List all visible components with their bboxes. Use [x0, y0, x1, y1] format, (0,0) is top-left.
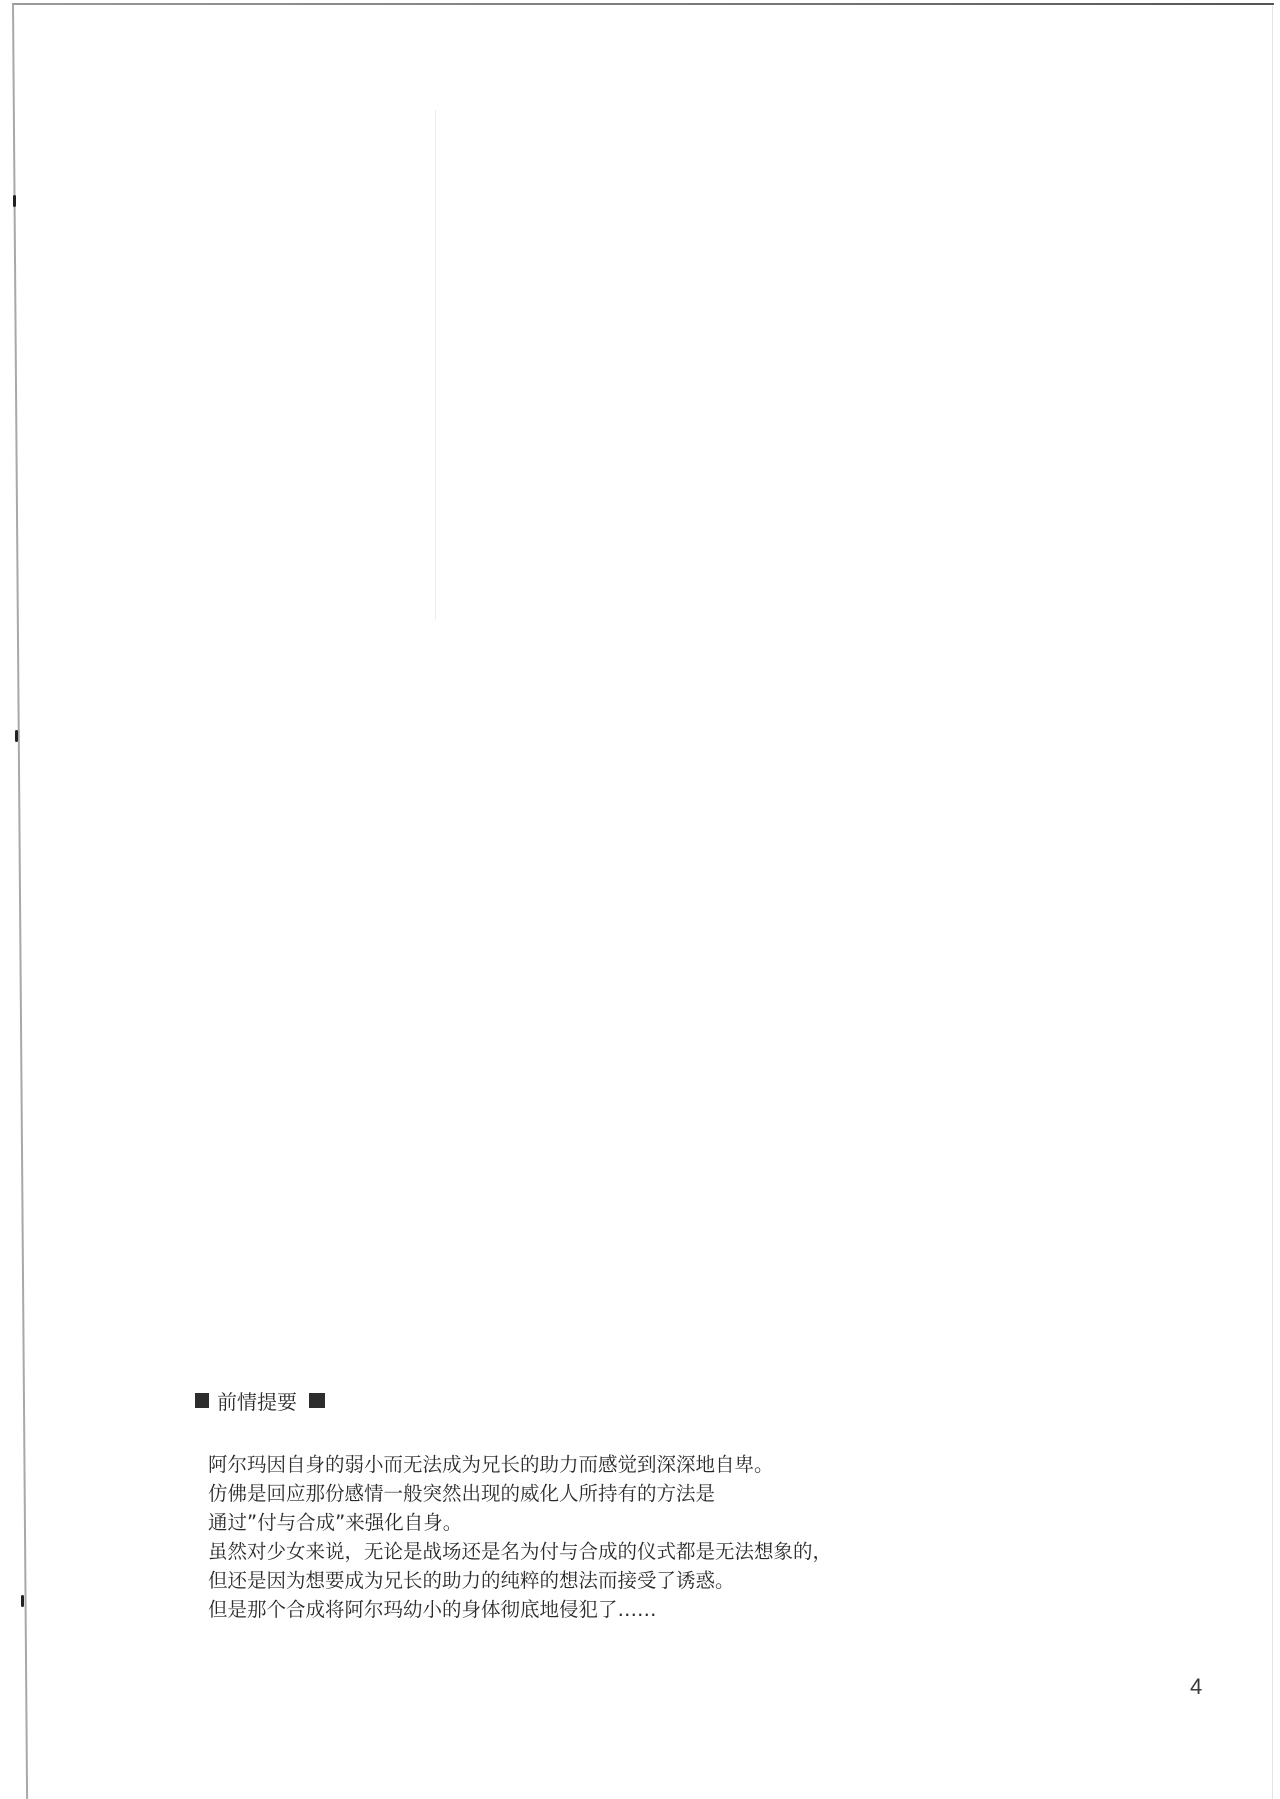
black-square-icon	[195, 1393, 209, 1408]
binding-staple-mark	[15, 730, 18, 742]
scanned-page-top-edge	[12, 3, 1274, 5]
page-number: 4	[1190, 1674, 1202, 1700]
summary-body: 阿尔玛因自身的弱小而无法成为兄长的助力而感觉到深深地自卑。 仿佛是回应那份感情一…	[208, 1450, 1008, 1624]
summary-line: 虽然对少女来说，无论是战场还是名为付与合成的仪式都是无法想象的，	[208, 1537, 1008, 1566]
story-summary: 前情提要 阿尔玛因自身的弱小而无法成为兄长的助力而感觉到深深地自卑。 仿佛是回应…	[195, 1386, 325, 1414]
summary-line: 但是那个合成将阿尔玛幼小的身体彻底地侵犯了……	[208, 1595, 1008, 1624]
summary-line: 但还是因为想要成为兄长的助力的纯粹的想法而接受了诱惑。	[208, 1566, 1008, 1595]
summary-line: 通过”付与合成”来强化自身。	[208, 1508, 1008, 1537]
binding-staple-mark	[21, 1595, 24, 1607]
summary-title: 前情提要	[217, 1386, 297, 1415]
summary-line: 阿尔玛因自身的弱小而无法成为兄长的助力而感觉到深深地自卑。	[208, 1450, 1008, 1479]
paper-show-through-line	[435, 110, 436, 620]
summary-header: 前情提要	[195, 1386, 325, 1414]
binding-staple-mark	[13, 195, 16, 207]
scanned-page-right-edge	[1272, 6, 1273, 1799]
black-square-icon	[309, 1393, 325, 1408]
summary-line: 仿佛是回应那份感情一般突然出现的威化人所持有的方法是	[208, 1479, 1008, 1508]
scanned-page-left-edge	[12, 4, 28, 1799]
